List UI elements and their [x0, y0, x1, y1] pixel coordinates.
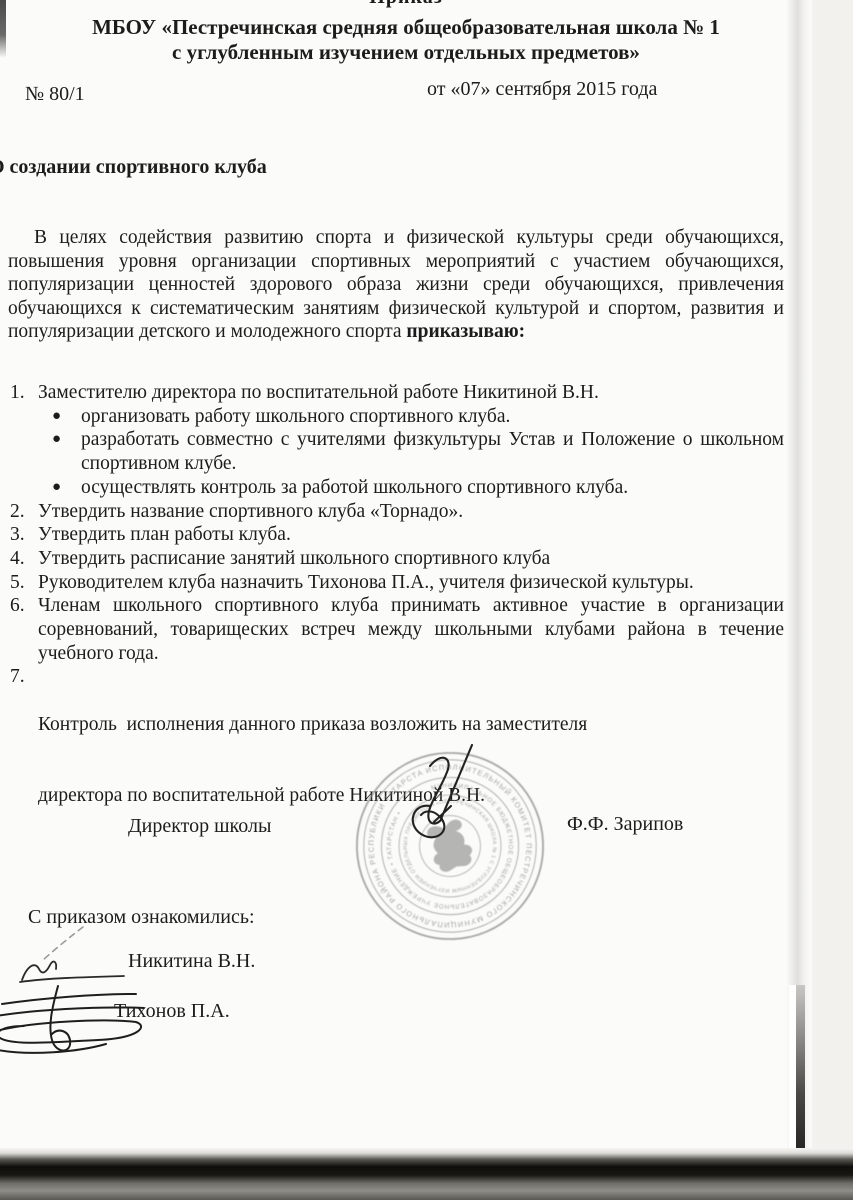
- acknowledged-name-tikhonov: Тихонов П.А.: [114, 1000, 230, 1023]
- preamble-bold-word: приказываю:: [406, 321, 525, 342]
- scanner-background-right: [812, 0, 853, 1200]
- item-text: Утвердить план работы клуба.: [38, 523, 784, 547]
- directive-bullet-2: ● разработать совместно с учителями физк…: [46, 428, 784, 475]
- organization-title-line2: с углубленным изучением отдельных предме…: [0, 40, 812, 65]
- bullet-text: разработать совместно с учителями физкул…: [81, 428, 784, 475]
- clipped-word-prikaz: Приказ: [0, 0, 812, 7]
- item-text: Руководителем клуба назначить Тихонова П…: [38, 571, 784, 595]
- item-number: 7.: [8, 665, 38, 689]
- item-text-line1: Контроль исполнения данного приказа возл…: [38, 713, 784, 737]
- item-text: Утвердить название спортивного клуба «То…: [38, 500, 784, 524]
- item-text: Членам школьного спортивного клуба прини…: [38, 594, 784, 665]
- page-bottom-edge-band: [0, 1148, 853, 1200]
- item-text: Заместителю директора по воспитательной …: [38, 381, 784, 405]
- order-subject: О создании спортивного клуба: [0, 156, 267, 179]
- item-number: 2.: [8, 500, 38, 524]
- director-name: Ф.Ф. Зарипов: [567, 813, 683, 836]
- page-right-edge-highlight: [789, 985, 796, 1167]
- director-signature: [396, 742, 478, 852]
- bullet-icon: ●: [46, 405, 81, 429]
- order-date: от «07» сентября 2015 года: [427, 78, 657, 101]
- directive-item-4: 4. Утвердить расписание занятий школьног…: [8, 547, 784, 571]
- item-number: 5.: [8, 571, 38, 595]
- item-number: 4.: [8, 547, 38, 571]
- bullet-text: осуществлять контроль за работой школьно…: [81, 476, 784, 500]
- item-number: 1.: [8, 381, 38, 405]
- directive-bullet-3: ● осуществлять контроль за работой школь…: [46, 476, 784, 500]
- director-label: Директор школы: [128, 815, 271, 838]
- organization-title-line1: МБОУ «Пестречинская средняя общеобразова…: [0, 15, 812, 40]
- bullet-icon: ●: [46, 428, 81, 452]
- acknowledged-name-nikitina: Никитина В.Н.: [128, 950, 255, 973]
- directive-item-2: 2. Утвердить название спортивного клуба …: [8, 500, 784, 524]
- item-number: 6.: [8, 594, 38, 618]
- item-number: 3.: [8, 523, 38, 547]
- bullet-text: организовать работу школьного спортивног…: [81, 405, 784, 429]
- page-right-edge-line: [796, 985, 805, 1167]
- bullet-icon: ●: [46, 476, 81, 500]
- organization-title: МБОУ «Пестречинская средняя общеобразова…: [0, 15, 812, 65]
- preamble-paragraph: В целях содействия развитию спорта и физ…: [8, 226, 784, 344]
- preamble-text: В целях содействия развитию спорта и физ…: [8, 227, 784, 342]
- directive-item-1: 1. Заместителю директора по воспитательн…: [8, 381, 784, 405]
- directive-bullet-1: ● организовать работу школьного спортивн…: [46, 405, 784, 429]
- order-number: № 80/1: [25, 83, 85, 106]
- scanned-order-document: Приказ МБОУ «Пестречинская средняя общео…: [0, 0, 853, 1200]
- directive-item-6: 6. Членам школьного спортивного клуба пр…: [8, 594, 784, 665]
- directive-item-5: 5. Руководителем клуба назначить Тихонов…: [8, 571, 784, 595]
- item-text: Утвердить расписание занятий школьного с…: [38, 547, 784, 571]
- directive-item-3: 3. Утвердить план работы клуба.: [8, 523, 784, 547]
